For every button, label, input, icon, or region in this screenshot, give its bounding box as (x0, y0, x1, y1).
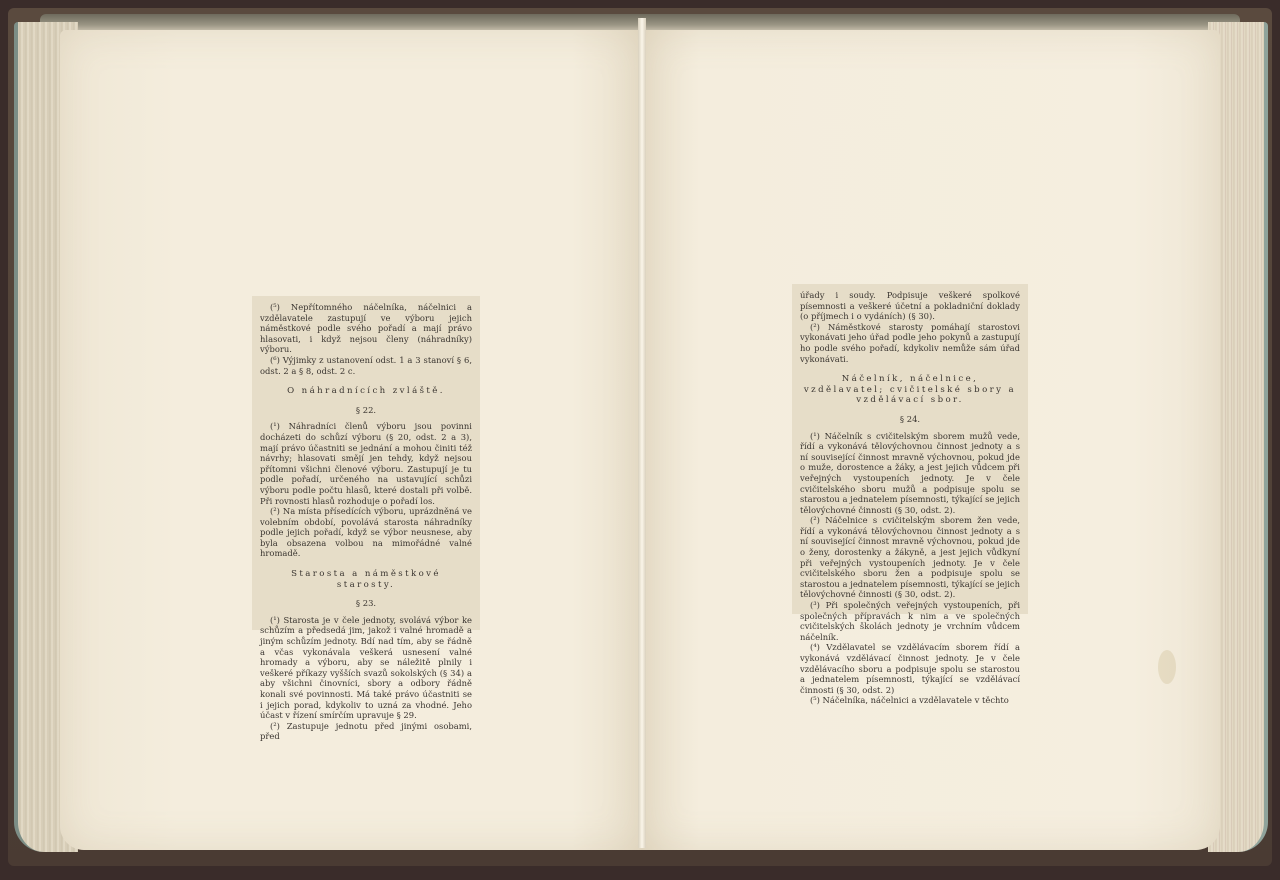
paragraph: (³) Při společných veřejných vystoupeníc… (800, 600, 1020, 642)
paragraph: (⁶) Výjimky z ustanovení odst. 1 a 3 sta… (260, 355, 472, 376)
paragraph: (¹) Náhradníci členů výboru jsou povinni… (260, 421, 472, 506)
paragraph: (²) Na místa přísedících výboru, uprázdn… (260, 506, 472, 559)
paragraph: (⁵) Náčelníka, náčelnici a vzdělavatele … (800, 695, 1020, 706)
section-number: § 22. (260, 405, 472, 416)
paper-stain (1158, 650, 1176, 684)
section-heading: Starosta a náměstkové starosty. (260, 569, 472, 590)
paragraph: (⁴) Vzdělavatel se vzdělávacím sborem ří… (800, 642, 1020, 695)
paragraph: (¹) Starosta je v čele jednoty, svolává … (260, 615, 472, 721)
section-heading: O náhradnících zvláště. (260, 386, 472, 397)
paragraph: (⁵) Nepřítomného náčelníka, náčelnici a … (260, 302, 472, 355)
left-text-clipping: (⁵) Nepřítomného náčelníka, náčelnici a … (252, 296, 480, 630)
section-heading: Náčelník, náčelnice, vzdělavatel; cvičit… (800, 374, 1020, 406)
section-number: § 24. (800, 414, 1020, 425)
paragraph: úřady i soudy. Podpisuje veškeré spolkov… (800, 290, 1020, 322)
paragraph: (²) Náčelnice s cvičitelským sborem žen … (800, 515, 1020, 600)
paragraph: (²) Náměstkové starosty pomáhají starost… (800, 322, 1020, 364)
paragraph: (¹) Náčelník s cvičitelským sborem mužů … (800, 431, 1020, 516)
right-text-clipping: úřady i soudy. Podpisuje veškeré spolkov… (792, 284, 1028, 614)
paragraph: (²) Zastupuje jednotu před jinými osobam… (260, 721, 472, 742)
section-number: § 23. (260, 598, 472, 609)
book-gutter (638, 18, 646, 848)
